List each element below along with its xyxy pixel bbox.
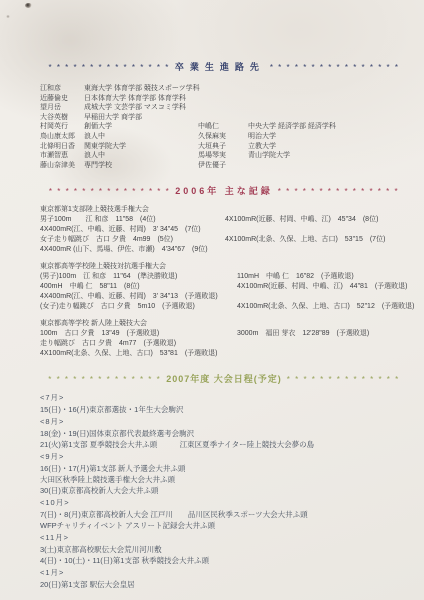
record-result: 4X100mR(北条、久保、上地、古口) 52"12 (予選敗退) bbox=[237, 302, 415, 312]
schedule-list: <7月> 15(日)・16(月)東京都選抜・1年生大会駒沢 <8月> 18(金)… bbox=[40, 391, 408, 590]
decorative-stars-left: * * * * * * * * * * * * * * bbox=[48, 375, 161, 384]
careers-row: 近藤倫史 日本体育大学 体育学部 体育学科 bbox=[40, 94, 408, 104]
record-result: 女子走り幅跳び 古口 夕貴 4m99 (5位) bbox=[40, 236, 173, 243]
schedule-month-heading: <9月> bbox=[40, 450, 408, 463]
graduate-name: 久保麻実 bbox=[198, 132, 226, 142]
careers-row: 大谷英樹 早稲田大学 商学部 bbox=[40, 113, 408, 123]
record-line: 4X400mR(江、中嶋、近藤、村岡) 3' 34"45 (7位) bbox=[40, 225, 408, 235]
schedule-2007-section-title: 2007年度 大会日程(予定) bbox=[166, 372, 282, 385]
record-result: 3000m 福田 芽衣 12'28"89 (予選敗退) bbox=[237, 329, 369, 339]
careers-list: 江和彦 東海大学 体育学部 競技スポーツ学科 近藤倫史 日本体育大学 体育学部 … bbox=[40, 84, 408, 170]
graduate-destination: 青山学院大学 bbox=[248, 151, 290, 161]
decorative-stars-right: * * * * * * * * * * * * * * * bbox=[278, 187, 399, 196]
graduate-destination: 浪人中 bbox=[84, 132, 105, 142]
graduate-name: 藤山奈津美 bbox=[40, 161, 75, 171]
record-line: 女子走り幅跳び 古口 夕貴 4m99 (5位) 4X100mR(北条、久保、上地… bbox=[40, 235, 408, 245]
graduate-name: 鳥山康太郎 bbox=[40, 132, 75, 142]
schedule-event: 18(金)・19(日)国体東京都代表最終選考会駒沢 bbox=[40, 428, 408, 439]
record-line: (男子)100m 江 和彦 11"64 (準決勝敗退) 110mH 中嶋 仁 1… bbox=[40, 272, 408, 282]
record-block-rookie-meet: 東京都高等学校 新人陸上競技大会 100m 古口 夕貴 13"49 (予選敗退)… bbox=[40, 319, 408, 358]
graduate-destination: 明治大学 bbox=[248, 132, 276, 142]
schedule-month-heading: <11月> bbox=[40, 531, 408, 544]
schedule-month-heading: <7月> bbox=[40, 391, 408, 404]
schedule-event: 21(火)第1支部 夏季競技会大井ふ頭 江東区夏季ナイター陸上競技大会夢の島 bbox=[40, 439, 408, 450]
record-result: 400mH 中嶋 仁 58"11 (8位) bbox=[40, 283, 140, 290]
schedule-event: 3(土)東京都高校駅伝大会荒川河川敷 bbox=[40, 544, 408, 555]
decorative-stars-left: * * * * * * * * * * * * * * * bbox=[49, 63, 170, 72]
graduate-destination: 東海大学 体育学部 競技スポーツ学科 bbox=[84, 84, 200, 94]
record-result: 100m 古口 夕貴 13"49 (予選敗退) bbox=[40, 330, 159, 337]
graduate-name: 中嶋仁 bbox=[198, 122, 219, 132]
record-result: 4X100mR(近藤、村岡、中嶋、江) 44"81 (予選敗退) bbox=[237, 282, 408, 292]
meet-title: 東京都高等学校 新人陸上競技大会 bbox=[40, 319, 408, 329]
record-line: (女子)走り幅跳び 古口 夕貴 5m10 (予選敗退) 4X100mR(北条、久… bbox=[40, 302, 408, 312]
graduate-destination: 日本体育大学 体育学部 体育学科 bbox=[84, 94, 186, 104]
record-line: 男子100m 江 和彦 11"58 (4位) 4X100mR(近藤、村岡、中嶋、… bbox=[40, 215, 408, 225]
records-2006-section-title: 2006年 主な記録 bbox=[175, 184, 273, 197]
scan-artifact-speck bbox=[6, 15, 10, 18]
careers-section-title: 卒業生進路先 bbox=[175, 60, 265, 73]
schedule-event: 30(日)東京都高校新人大会大井ふ頭 bbox=[40, 485, 408, 496]
scan-artifact-mark bbox=[25, 3, 32, 8]
record-result: (女子)走り幅跳び 古口 夕貴 5m10 (予選敗退) bbox=[40, 303, 195, 310]
graduate-name: 大垣典子 bbox=[198, 142, 226, 152]
schedule-month-heading: <8月> bbox=[40, 415, 408, 428]
schedule-event: 4(日)・10(土)・11(日)第1支部 秋季競技会大井ふ頭 bbox=[40, 555, 408, 566]
graduate-destination: 成城大学 文芸学部 マスコミ学科 bbox=[84, 103, 186, 113]
graduate-name: 望月岳 bbox=[40, 103, 61, 113]
record-result: 4X400mR (山下、馬場、伊佐、市瀬) 4'34"67 (9位) bbox=[40, 246, 208, 253]
schedule-2007-section-header: * * * * * * * * * * * * * * 2007年度 大会日程(… bbox=[40, 372, 408, 385]
record-block-championship: 東京都第1支部陸上競技選手権大会 男子100m 江 和彦 11"58 (4位) … bbox=[40, 205, 408, 254]
careers-row: 村岡英行 創価大学 中嶋仁 中央大学 経済学部 経済学科 bbox=[40, 122, 408, 132]
schedule-event: 15(日)・16(月)東京都選抜・1年生大会駒沢 bbox=[40, 404, 408, 415]
graduate-name: 村岡英行 bbox=[40, 122, 68, 132]
careers-section-header: * * * * * * * * * * * * * * * 卒業生進路先 * *… bbox=[40, 60, 408, 73]
scanned-document-page: * * * * * * * * * * * * * * * 卒業生進路先 * *… bbox=[0, 0, 424, 600]
graduate-destination: 早稲田大学 商学部 bbox=[84, 113, 142, 123]
meet-title: 東京都第1支部陸上競技選手権大会 bbox=[40, 205, 408, 215]
record-line: 100m 古口 夕貴 13"49 (予選敗退) 3000m 福田 芽衣 12'2… bbox=[40, 329, 408, 339]
record-result: (男子)100m 江 和彦 11"64 (準決勝敗退) bbox=[40, 273, 177, 280]
schedule-event: 大田区秋季陸上競技選手権大会大井ふ頭 bbox=[40, 474, 408, 485]
careers-row: 江和彦 東海大学 体育学部 競技スポーツ学科 bbox=[40, 84, 408, 94]
schedule-event: 7(日)・8(月)東京都高校新人大会 江戸川 品川区民秋季スポーツ大会大井ふ頭 bbox=[40, 509, 408, 520]
schedule-event: WFPチャリティイベント アスリート記録会大井ふ頭 bbox=[40, 520, 408, 531]
record-result: 走り幅跳び 古口 夕貴 4m77 (予選敗退) bbox=[40, 340, 176, 347]
careers-row: 望月岳 成城大学 文芸学部 マスコミ学科 bbox=[40, 103, 408, 113]
record-result: 4X100mR(北条、久保、上地、古口) 53"15 (7位) bbox=[225, 235, 385, 245]
record-block-intermeet: 東京都高等学校陸上競技対抗選手権大会 (男子)100m 江 和彦 11"64 (… bbox=[40, 262, 408, 311]
decorative-stars-right: * * * * * * * * * * * * * * * * bbox=[270, 63, 400, 72]
careers-row: 鳥山康太郎 浪人中 久保麻実 明治大学 bbox=[40, 132, 408, 142]
graduate-name: 馬場琴実 bbox=[198, 151, 226, 161]
graduate-name: 江和彦 bbox=[40, 84, 61, 94]
record-line: 走り幅跳び 古口 夕貴 4m77 (予選敗退) bbox=[40, 339, 408, 349]
record-line: 4X100mR(北条、久保、上地、古口) 53"81 (予選敗退) bbox=[40, 349, 408, 359]
graduate-name: 近藤倫史 bbox=[40, 94, 68, 104]
graduate-name: 市瀬智恵 bbox=[40, 151, 68, 161]
record-line: 400mH 中嶋 仁 58"11 (8位) 4X100mR(近藤、村岡、中嶋、江… bbox=[40, 282, 408, 292]
decorative-stars-right: * * * * * * * * * * * * * * bbox=[287, 375, 400, 384]
schedule-month-heading: <10月> bbox=[40, 496, 408, 509]
careers-row: 市瀬智恵 浪人中 馬場琴実 青山学院大学 bbox=[40, 151, 408, 161]
record-line: 4X400mR(江、中嶋、近藤、村岡) 3' 34"13 (予選敗退) bbox=[40, 292, 408, 302]
graduate-destination: 立教大学 bbox=[248, 142, 276, 152]
record-result: 4X400mR(江、中嶋、近藤、村岡) 3' 34"45 (7位) bbox=[40, 226, 201, 233]
schedule-month-heading: <1月> bbox=[40, 566, 408, 579]
graduate-destination: 浪人中 bbox=[84, 151, 105, 161]
schedule-event: 16(日)・17(月)第1支部 新人予選会大井ふ頭 bbox=[40, 463, 408, 474]
graduate-name: 北條明日香 bbox=[40, 142, 75, 152]
record-result: 男子100m 江 和彦 11"58 (4位) bbox=[40, 216, 156, 223]
graduate-name: 伊佐優子 bbox=[198, 161, 226, 171]
record-result: 4X400mR(江、中嶋、近藤、村岡) 3' 34"13 (予選敗退) bbox=[40, 293, 218, 300]
graduate-destination: 関東学院大学 bbox=[84, 142, 126, 152]
careers-row: 北條明日香 関東学院大学 大垣典子 立教大学 bbox=[40, 142, 408, 152]
decorative-stars-left: * * * * * * * * * * * * * * * bbox=[49, 187, 170, 196]
record-result: 4X100mR(近藤、村岡、中嶋、江) 45"34 (8位) bbox=[225, 215, 378, 225]
record-line: 4X400mR (山下、馬場、伊佐、市瀬) 4'34"67 (9位) bbox=[40, 245, 408, 255]
graduate-name: 大谷英樹 bbox=[40, 113, 68, 123]
record-result: 110mH 中嶋 仁 16"82 (予選敗退) bbox=[237, 272, 354, 282]
graduate-destination: 専門学校 bbox=[84, 161, 112, 171]
record-result: 4X100mR(北条、久保、上地、古口) 53"81 (予選敗退) bbox=[40, 350, 218, 357]
records-2006-section-header: * * * * * * * * * * * * * * * 2006年 主な記録… bbox=[40, 184, 408, 197]
meet-title: 東京都高等学校陸上競技対抗選手権大会 bbox=[40, 262, 408, 272]
schedule-event: 20(日)第1支部 駅伝大会皇居 bbox=[40, 579, 408, 590]
document-content: * * * * * * * * * * * * * * * 卒業生進路先 * *… bbox=[40, 60, 408, 590]
graduate-destination: 中央大学 経済学部 経済学科 bbox=[248, 122, 336, 132]
careers-row: 藤山奈津美 専門学校 伊佐優子 bbox=[40, 161, 408, 171]
graduate-destination: 創価大学 bbox=[84, 122, 112, 132]
